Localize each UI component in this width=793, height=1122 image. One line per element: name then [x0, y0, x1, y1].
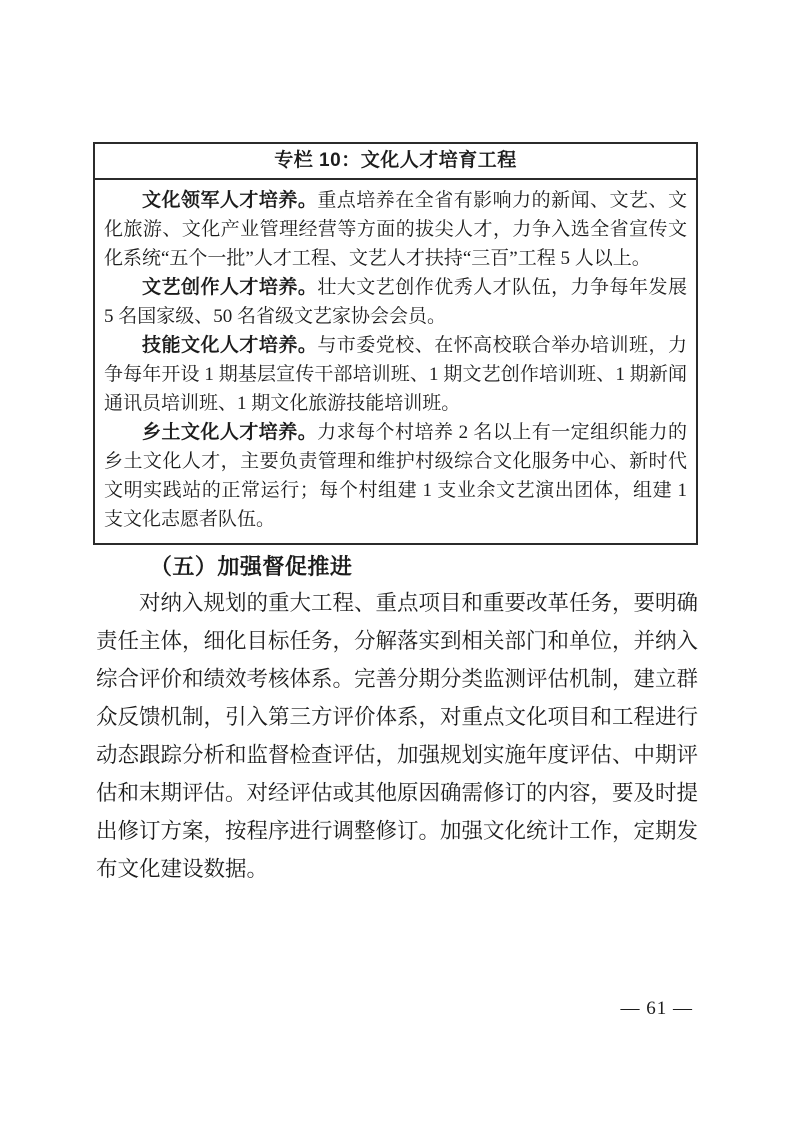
section-heading: （五）加强督促推进 — [96, 548, 698, 586]
panel-body: 文化领军人才培养。重点培养在全省有影响力的新闻、文艺、文化旅游、文化产业管理经营… — [95, 180, 696, 543]
panel-paragraph-lead: 文艺创作人才培养。 — [142, 277, 317, 298]
panel-paragraph-lead: 文化领军人才培养。 — [142, 190, 317, 211]
panel-paragraph-lead: 技能文化人才培养。 — [142, 335, 317, 356]
panel-paragraph-lead: 乡土文化人才培养。 — [142, 422, 317, 443]
panel-paragraph: 文艺创作人才培养。壮大文艺创作优秀人才队伍，力争每年发展 5 名国家级、50 名… — [104, 273, 687, 331]
section-body-paragraph: 对纳入规划的重大工程、重点项目和重要改革任务，要明确责任主体，细化目标任务，分解… — [96, 584, 698, 888]
page-number: — 61 — — [621, 998, 694, 1020]
special-column-panel: 专栏 10：文化人才培育工程 文化领军人才培养。重点培养在全省有影响力的新闻、文… — [93, 142, 698, 545]
panel-paragraph: 技能文化人才培养。与市委党校、在怀高校联合举办培训班，力争每年开设 1 期基层宣… — [104, 331, 687, 418]
panel-paragraph: 文化领军人才培养。重点培养在全省有影响力的新闻、文艺、文化旅游、文化产业管理经营… — [104, 186, 687, 273]
panel-paragraph: 乡土文化人才培养。力求每个村培养 2 名以上有一定组织能力的乡土文化人才，主要负… — [104, 418, 687, 534]
panel-title: 专栏 10：文化人才培育工程 — [95, 144, 696, 180]
document-page: 专栏 10：文化人才培育工程 文化领军人才培养。重点培养在全省有影响力的新闻、文… — [0, 0, 793, 1122]
